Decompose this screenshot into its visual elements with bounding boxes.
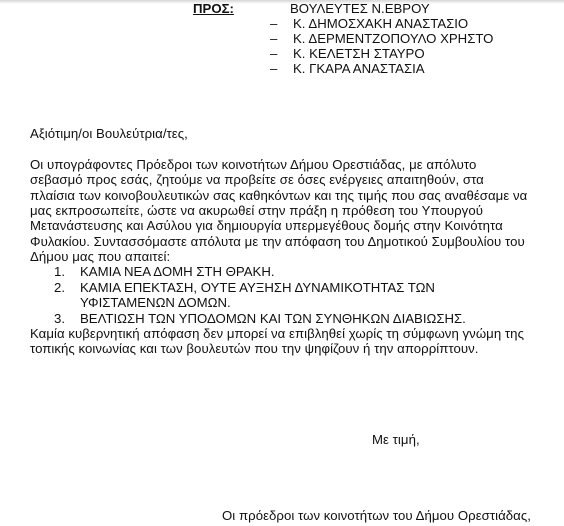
demand-text-continuation: ΥΦΙΣΤΑΜΕΝΩΝ ΔΟΜΩΝ. — [80, 295, 231, 310]
demand-item: 2.ΚΑΜΙΑ ΕΠΕΚΤΑΣΗ, ΟΥΤΕ ΑΥΞΗΣΗ ΔΥΝΑΜΙΚΟΤΗ… — [54, 280, 435, 295]
closing-line: Καμία κυβερνητική απόφαση δεν μπορεί να … — [30, 326, 524, 341]
body-line: Οι υπογράφοντες Πρόεδροι των κοινοτήτων … — [30, 157, 476, 172]
to-label: ΠΡΟΣ: — [193, 1, 234, 16]
closing-line: τοπικής κοινωνίας και των βουλευτών που … — [30, 341, 478, 356]
demand-number: 2. — [54, 280, 80, 295]
body-line: Φυλακίου. Συντασσόμαστε απόλυτα με την α… — [30, 234, 525, 249]
scan-top-shadow — [0, 0, 564, 4]
recipient-item: –Κ. ΔΗΜΟΣΧΑΚΗ ΑΝΑΣΤΑΣΙΟ — [270, 16, 468, 31]
dash-bullet-icon: – — [270, 31, 293, 46]
body-line: Δήμου μας που απαιτεί: — [30, 249, 170, 264]
recipient-name: Κ. ΔΗΜΟΣΧΑΚΗ ΑΝΑΣΤΑΣΙΟ — [293, 16, 468, 31]
demand-item: 1.ΚΑΜΙΑ ΝΕΑ ΔΟΜΗ ΣΤΗ ΘΡΑΚΗ. — [54, 264, 275, 279]
dash-bullet-icon: – — [270, 61, 293, 76]
recipient-name: Κ. ΓΚΑΡΑ ΑΝΑΣΤΑΣΙΑ — [293, 61, 425, 76]
recipient-item: –Κ. ΔΕΡΜΕΝΤΖΟΠΟΥΛΟ ΧΡΗΣΤΟ — [270, 31, 493, 46]
body-line: μας εκπροσωπείτε, ώστε να ακυρωθεί στην … — [30, 203, 483, 218]
recipient-group: ΒΟΥΛΕΥΤΕΣ Ν.ΕΒΡΟΥ — [290, 1, 430, 16]
demand-text: ΒΕΛΤΙΩΣΗ ΤΩΝ ΥΠΟΔΟΜΩΝ ΚΑΙ ΤΩΝ ΣΥΝΘΗΚΩΝ Δ… — [80, 311, 466, 326]
recipient-name: Κ. ΚΕΛΕΤΣΗ ΣΤΑΥΡΟ — [293, 46, 425, 61]
dash-bullet-icon: – — [270, 46, 293, 61]
signatories: Οι πρόεδροι των κοινοτήτων του Δήμου Ορε… — [222, 508, 531, 523]
demand-number: 1. — [54, 264, 80, 279]
dash-bullet-icon: – — [270, 16, 293, 31]
body-line: Μετανάστευσης και Ασύλου για δημιουργία … — [30, 218, 503, 233]
body-line: σεβασμό προς εσάς, ζητούμε να προβείτε σ… — [30, 172, 484, 187]
demand-item: 3.ΒΕΛΤΙΩΣΗ ΤΩΝ ΥΠΟΔΟΜΩΝ ΚΑΙ ΤΩΝ ΣΥΝΘΗΚΩΝ… — [54, 311, 466, 326]
demand-number: 3. — [54, 311, 80, 326]
sign-off: Με τιμή, — [372, 432, 420, 447]
recipient-item: –Κ. ΓΚΑΡΑ ΑΝΑΣΤΑΣΙΑ — [270, 61, 425, 76]
recipient-item: –Κ. ΚΕΛΕΤΣΗ ΣΤΑΥΡΟ — [270, 46, 425, 61]
recipient-name: Κ. ΔΕΡΜΕΝΤΖΟΠΟΥΛΟ ΧΡΗΣΤΟ — [293, 31, 493, 46]
demand-text: ΚΑΜΙΑ ΝΕΑ ΔΟΜΗ ΣΤΗ ΘΡΑΚΗ. — [80, 264, 275, 279]
body-line: πλαίσια των κοινοβουλευτικών σας καθηκόν… — [30, 188, 527, 203]
demand-text: ΚΑΜΙΑ ΕΠΕΚΤΑΣΗ, ΟΥΤΕ ΑΥΞΗΣΗ ΔΥΝΑΜΙΚΟΤΗΤΑ… — [80, 280, 435, 295]
greeting: Αξιότιμη/οι Βουλεύτρια/τες, — [30, 126, 188, 141]
